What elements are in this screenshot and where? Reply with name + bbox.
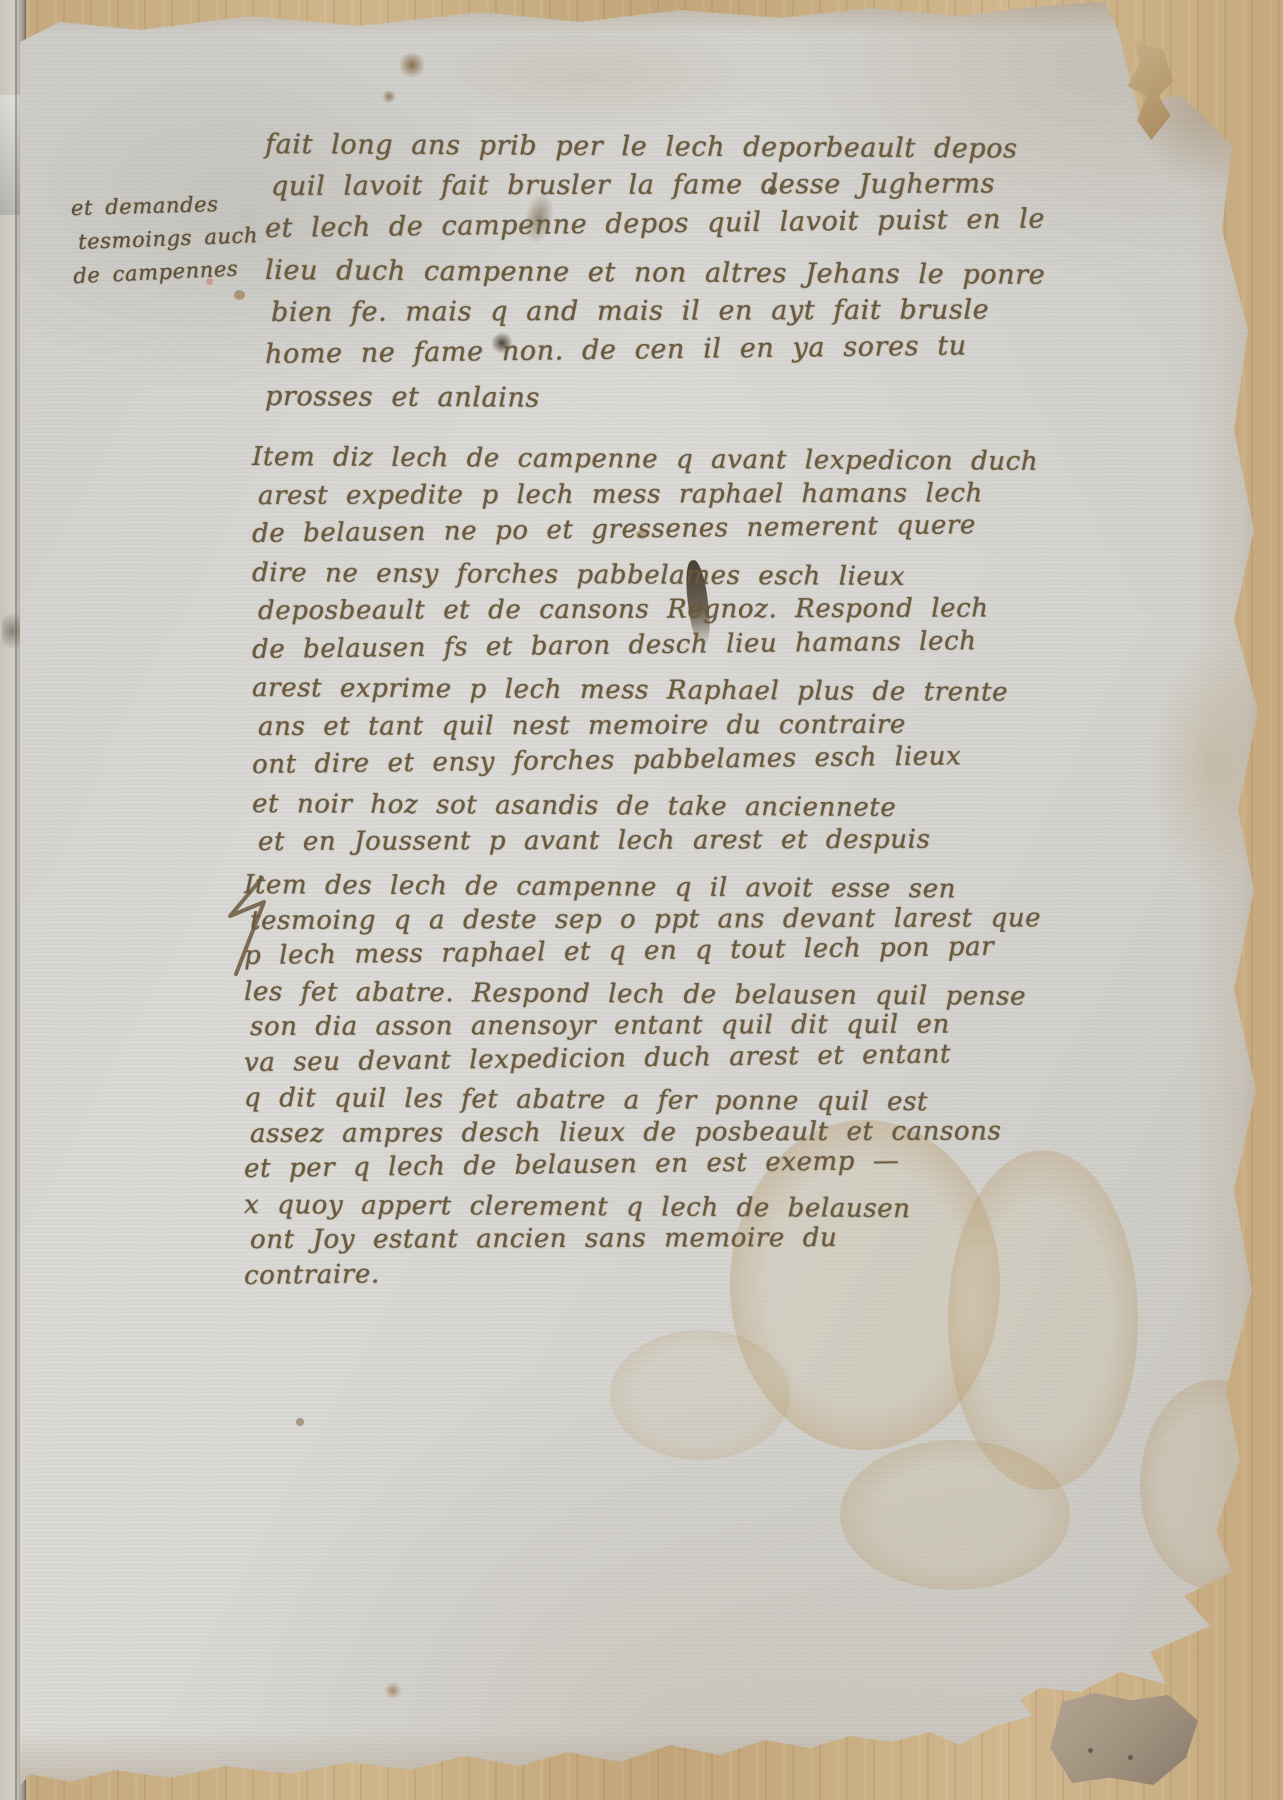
paragraph-1: fait long ans prib per le lech deporbeau… [265, 124, 1045, 418]
text-line: et en Joussent p avant lech arest et des… [258, 820, 1038, 861]
manuscript-page: et demandes tesmoings auch de campennes … [20, 0, 1283, 1800]
margin-note-line: de campennes [72, 250, 259, 293]
manuscript-photo: et demandes tesmoings auch de campennes … [0, 0, 1283, 1800]
text-line: ont dire et ensy forches pabbelames esch… [252, 736, 1039, 784]
text-line: et lech de campenne depos quil lavoit pu… [265, 198, 1046, 250]
text-line: home ne fame non. de cen il en ya sores … [265, 324, 1046, 376]
text-line: prosses et anlains [265, 376, 1046, 423]
paragraph-2: Item diz lech de campenne q avant lexped… [252, 438, 1038, 862]
dirt-speck [1088, 1748, 1093, 1753]
text-line: de belausen ne po et gressenes nemerent … [252, 505, 1039, 553]
paragraph-flourish-mark [228, 876, 270, 980]
margin-note: et demandes tesmoings auch de campennes [70, 185, 260, 293]
paragraph-3: Item des lech de campenne q il avoit ess… [244, 868, 1041, 1294]
dirt-speck [1128, 1755, 1133, 1760]
binding-crease [15, 0, 17, 1800]
